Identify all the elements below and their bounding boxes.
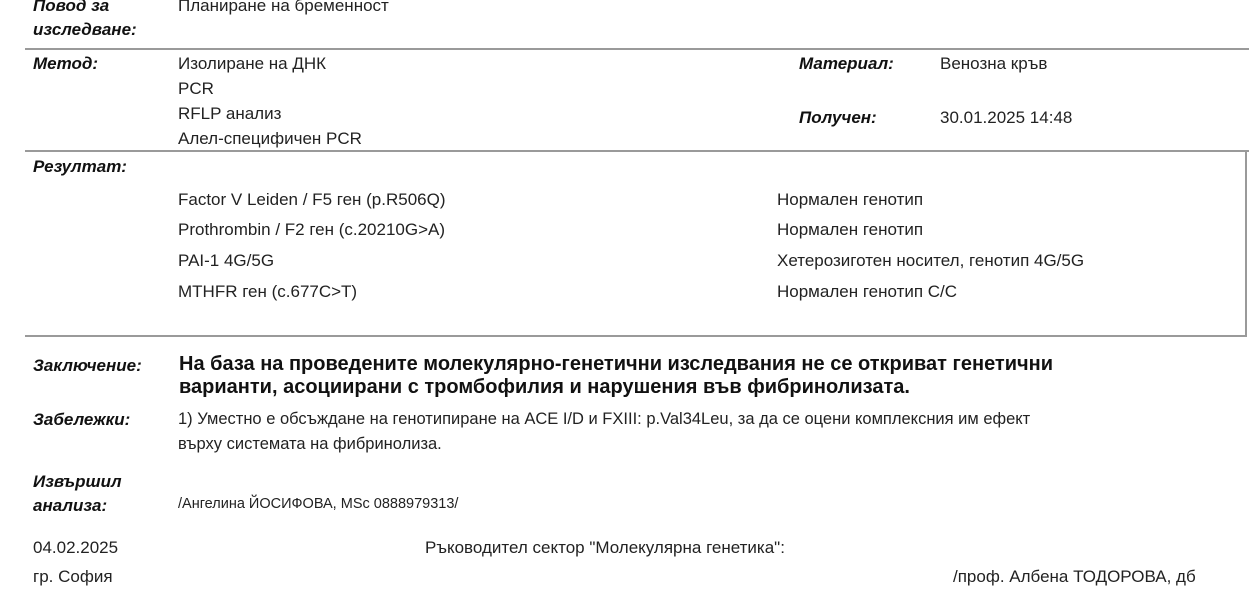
material-value: Венозна кръв <box>940 54 1047 74</box>
reason-value: Планиране на бременност <box>178 0 389 16</box>
method-item: Изолиране на ДНК <box>178 54 326 74</box>
conclusion-label: Заключение: <box>33 356 142 376</box>
notes-line2: върху системата на фибринолиза. <box>178 435 442 454</box>
notes-label: Забележки: <box>33 410 130 430</box>
performed-by-label-line1: Извършил <box>33 472 122 492</box>
notes-line1: 1) Уместно е обсъждане на генотипиране н… <box>178 410 1030 429</box>
result-outcome: Нормален генотип <box>777 190 923 210</box>
method-label: Метод: <box>33 54 98 74</box>
result-box-right-edge <box>1245 150 1247 337</box>
method-item: RFLP анализ <box>178 104 281 124</box>
reason-label-line1: Повод за <box>33 0 109 16</box>
result-test: MTHFR ген (c.677C>T) <box>178 282 357 302</box>
method-item: Алел-специфичен PCR <box>178 129 362 149</box>
result-test: Prothrombin / F2 ген (c.20210G>A) <box>178 220 445 240</box>
material-label: Материал: <box>799 54 894 74</box>
result-outcome: Хетерозиготен носител, генотип 4G/5G <box>777 251 1084 271</box>
divider-result-bottom <box>25 335 1247 337</box>
conclusion-line2: варианти, асоциирани с тромбофилия и нар… <box>179 376 910 399</box>
result-test: Factor V Leiden / F5 ген (p.R506Q) <box>178 190 446 210</box>
received-label: Получен: <box>799 108 877 128</box>
performed-by-label-line2: анализа: <box>33 496 107 516</box>
result-outcome: Нормален генотип C/C <box>777 282 957 302</box>
report-date: 04.02.2025 <box>33 538 118 558</box>
head-title: Ръководител сектор "Молекулярна генетика… <box>425 538 785 558</box>
result-label: Резултат: <box>33 157 127 177</box>
head-name: /проф. Албена ТОДОРОВА, дб <box>953 567 1196 587</box>
method-item: PCR <box>178 79 214 99</box>
result-test: PAI-1 4G/5G <box>178 251 274 271</box>
reason-label-line2: изследване: <box>33 20 137 40</box>
divider-top <box>25 48 1249 50</box>
received-value: 30.01.2025 14:48 <box>940 108 1072 128</box>
performed-by-value: /Ангелина ЙОСИФОВА, MSc 0888979313/ <box>178 496 458 512</box>
report-city: гр. София <box>33 567 113 587</box>
conclusion-line1: На база на проведените молекулярно-генет… <box>179 353 1053 376</box>
result-outcome: Нормален генотип <box>777 220 923 240</box>
divider-result-top <box>25 150 1249 152</box>
